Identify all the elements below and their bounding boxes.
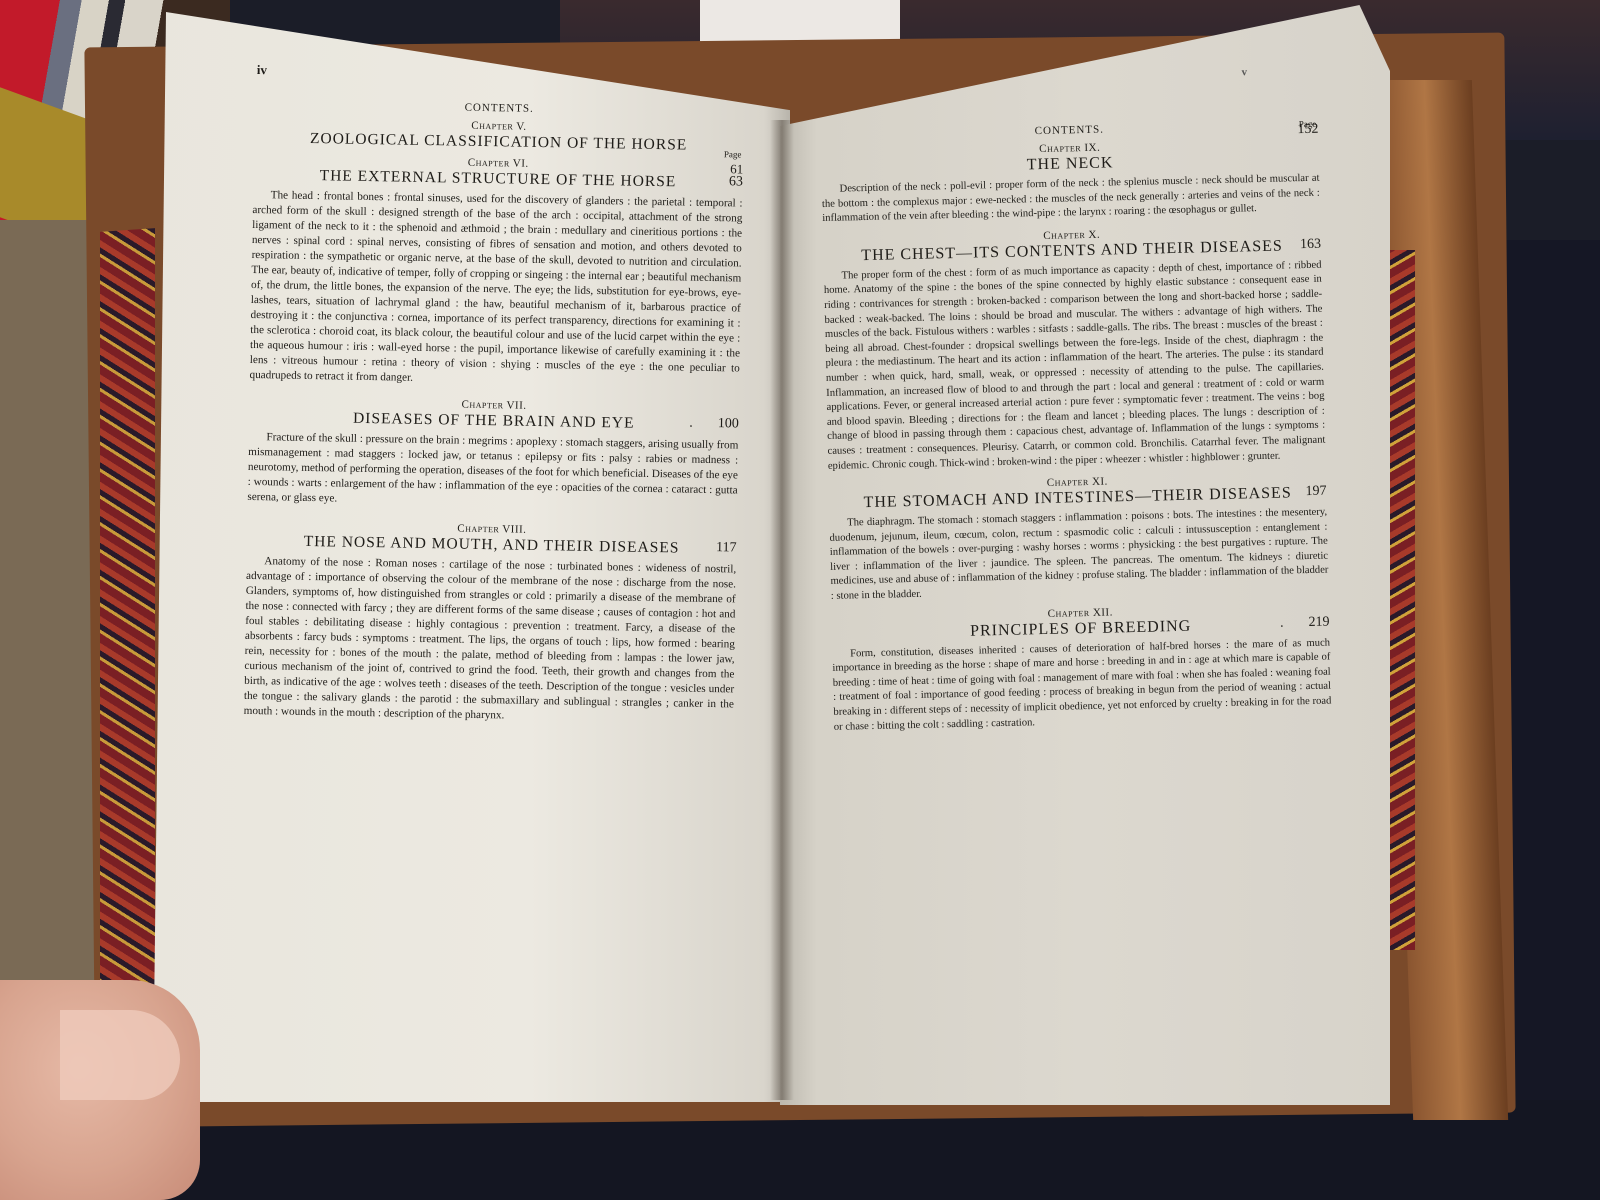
chapter-entry: Chapter X. THE CHEST—ITS CONTENTS AND TH… [823, 223, 1326, 474]
chapter-entry: Chapter VIII. THE NOSE AND MOUTH, AND TH… [244, 519, 737, 728]
leader-dot: . [689, 416, 693, 432]
page-folio: iv [257, 62, 267, 78]
chapter-description: The diaphragm. The stomach : stomach sta… [829, 506, 1329, 605]
leader-dot: . [1280, 615, 1284, 631]
page-column-label: Page [724, 149, 742, 159]
chapter-description: The head : frontal bones : frontal sinus… [249, 188, 742, 392]
chapter-description: Form, constitution, diseases inherited :… [832, 636, 1332, 735]
chapter-description: Description of the neck : poll-evil : pr… [821, 172, 1320, 227]
book-gutter [770, 120, 794, 1100]
thumbnail [60, 1010, 180, 1100]
chapter-page-number: 63 [729, 174, 743, 190]
chapter-entry: Chapter IX. THE NECK 152 Description of … [821, 137, 1321, 227]
marbled-endpaper-left [100, 228, 155, 992]
right-page-content: v CONTENTS. Page Chapter IX. THE NECK 15… [820, 107, 1332, 735]
page-folio: v [1241, 66, 1247, 78]
chapter-entry: Chapter VI. THE EXTERNAL STRUCTURE OF TH… [249, 153, 743, 392]
chapter-page-number: 197 [1305, 484, 1326, 500]
chapter-title: THE NECK [1027, 154, 1114, 174]
chapter-entry: Chapter VII. DISEASES OF THE BRAIN AND E… [247, 395, 739, 514]
left-page-content: iv CONTENTS. Chapter V. ZOOLOGICAL CLASS… [244, 62, 745, 727]
chapter-page-number: 152 [1297, 122, 1318, 138]
chapter-title: DISEASES OF THE BRAIN AND EYE [353, 410, 635, 433]
chapter-entry: Chapter V. ZOOLOGICAL CLASSIFICATION OF … [254, 116, 744, 156]
chapter-title: PRINCIPLES OF BREEDING [970, 617, 1191, 640]
chapter-description: Fracture of the skull : pressure on the … [247, 430, 738, 514]
chapter-page-number: 219 [1308, 614, 1329, 630]
chapter-description: The proper form of the chest : form of a… [823, 258, 1326, 474]
running-head: CONTENTS. [254, 98, 744, 119]
chapter-page-number: 117 [716, 540, 737, 556]
chapter-page-number: 100 [718, 416, 739, 432]
chapter-description: Anatomy of the nose : Roman noses : cart… [244, 554, 737, 728]
chapter-entry: Chapter XI. THE STOMACH AND INTESTINES—T… [828, 471, 1329, 605]
chapter-entry: Chapter XII. PRINCIPLES OF BREEDING . 21… [831, 601, 1332, 735]
chapter-page-number: 163 [1300, 236, 1321, 252]
